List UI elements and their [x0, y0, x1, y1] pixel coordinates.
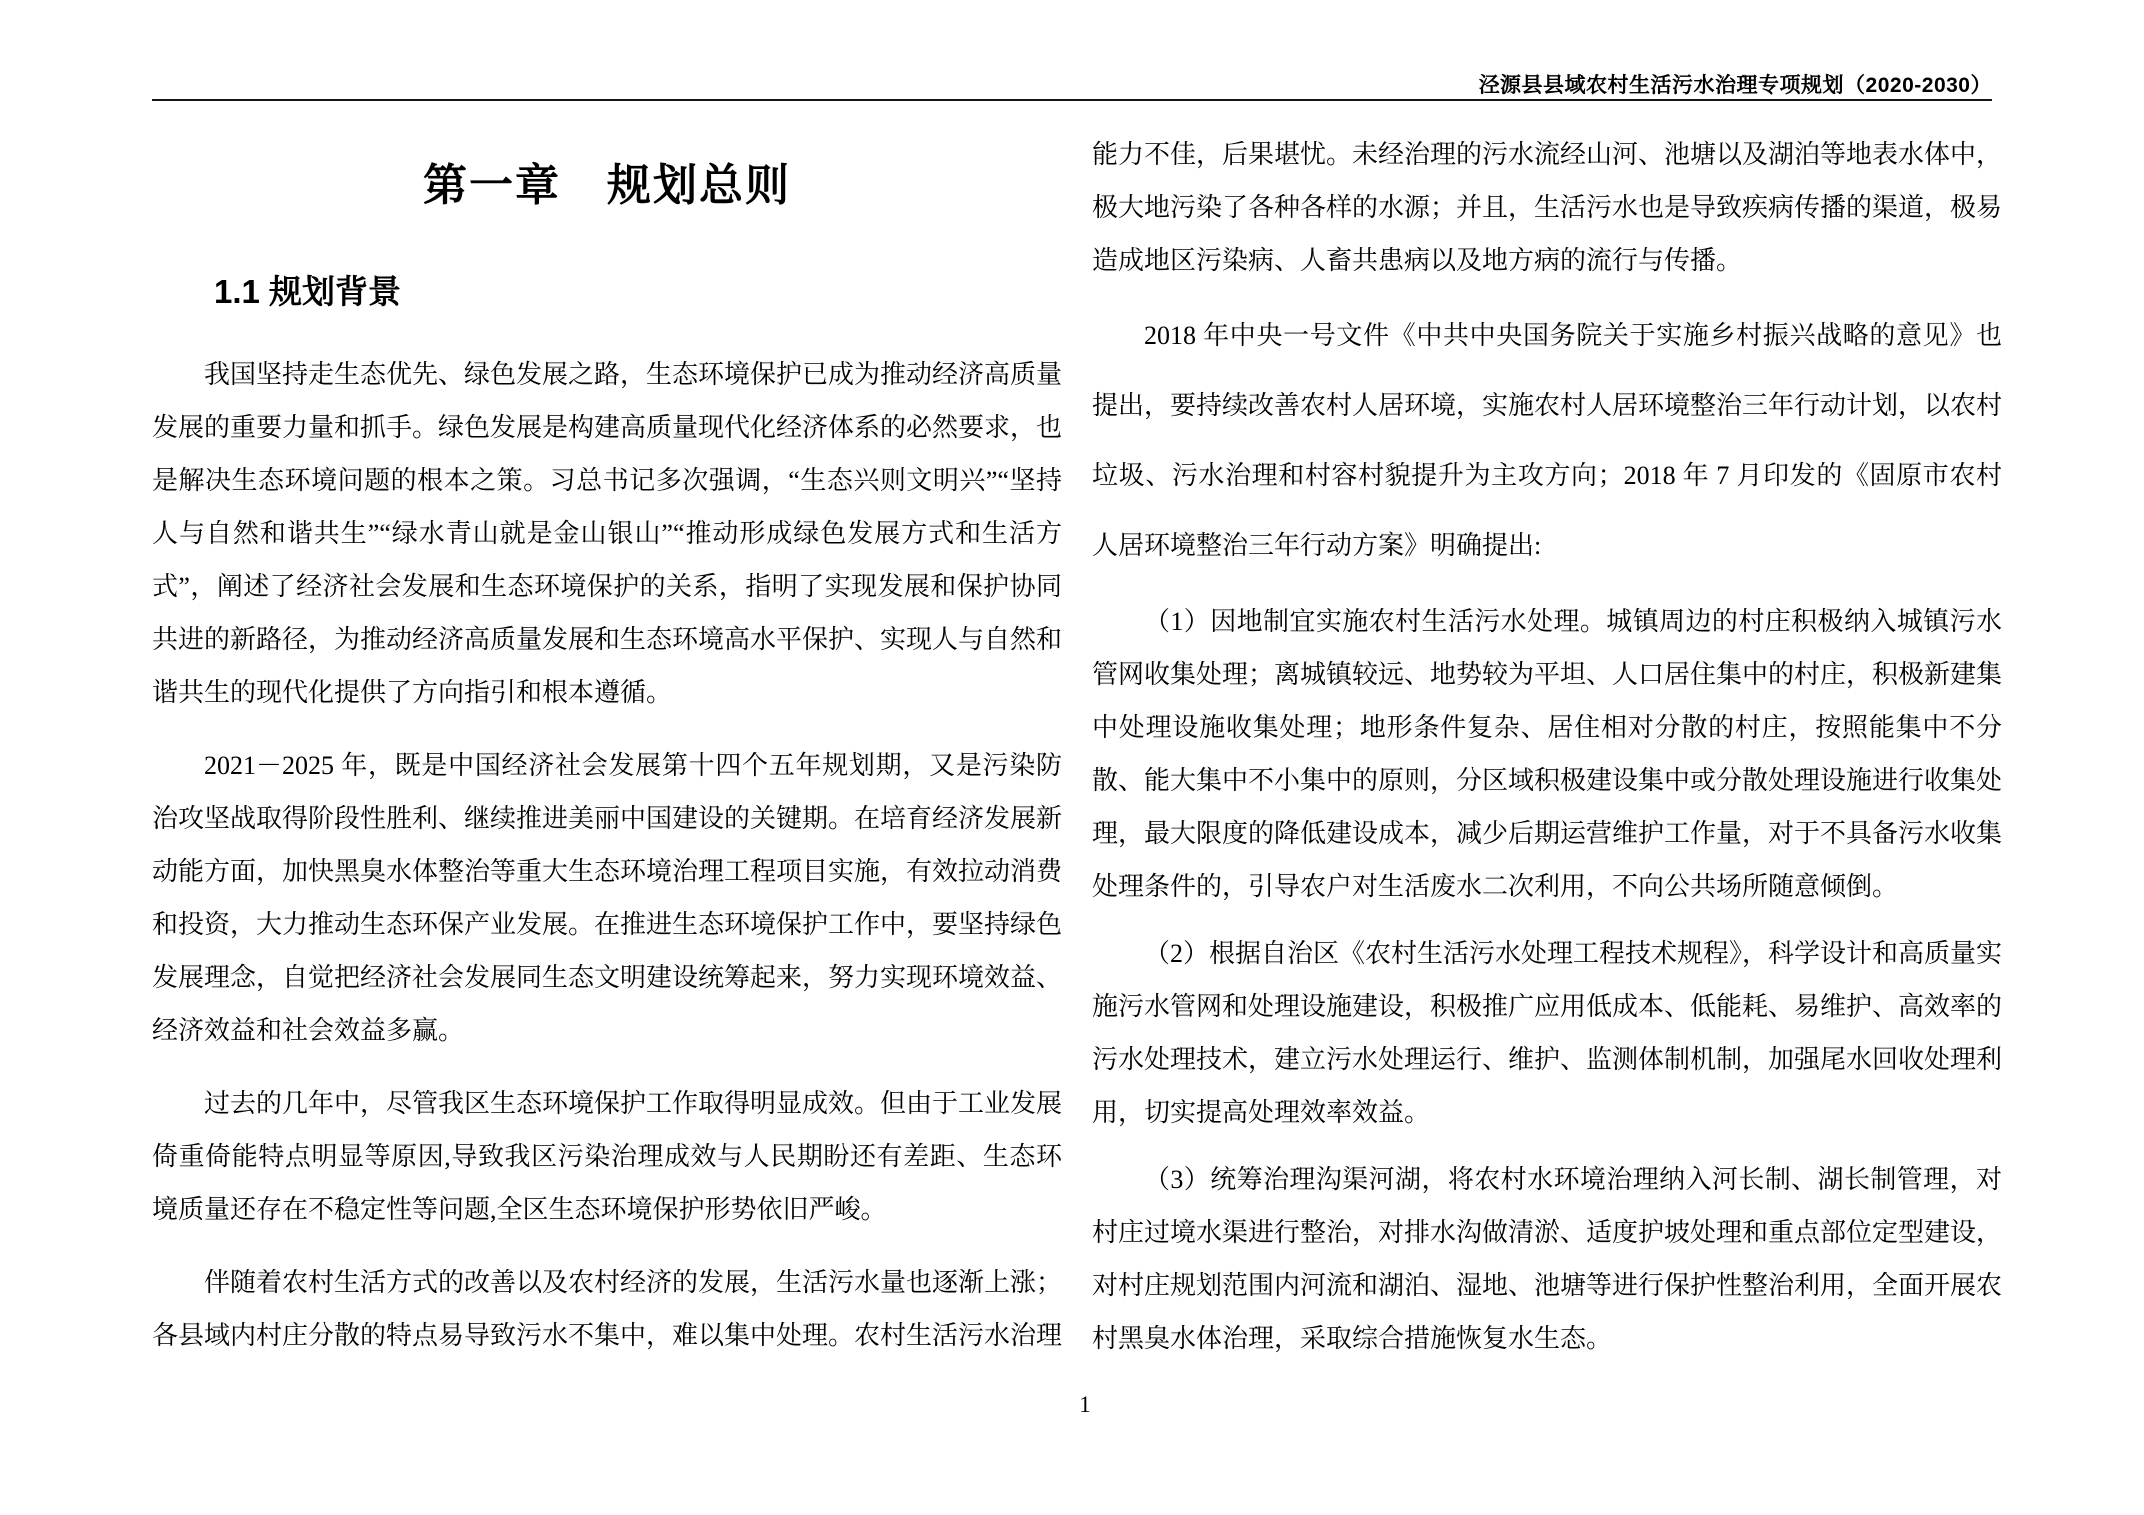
- paragraph: （1）因地制宜实施农村生活污水处理。城镇周边的村庄积极纳入城镇污水管网收集处理；…: [1092, 595, 2002, 913]
- paragraph: 过去的几年中，尽管我区生态环境保护工作取得明显成效。但由于工业发展倚重倚能特点明…: [152, 1077, 1062, 1236]
- chapter-title: 第一章 规划总则: [152, 155, 1062, 217]
- left-column: 第一章 规划总则 1.1 规划背景 我国坚持走生态优先、绿色发展之路，生态环境保…: [152, 155, 1062, 1362]
- page-number: 1: [0, 1392, 2144, 1418]
- paragraph: 能力不佳，后果堪忧。未经治理的污水流经山河、池塘以及湖泊等地表水体中，极大地污染…: [1092, 128, 2002, 287]
- paragraph: （3）统筹治理沟渠河湖，将农村水环境治理纳入河长制、湖长制管理，对村庄过境水渠进…: [1092, 1153, 2002, 1365]
- paragraph: （2）根据自治区《农村生活污水处理工程技术规程》，科学设计和高质量实施污水管网和…: [1092, 927, 2002, 1139]
- right-column: 能力不佳，后果堪忧。未经治理的污水流经山河、池塘以及湖泊等地表水体中，极大地污染…: [1092, 128, 2002, 1365]
- paragraph: 我国坚持走生态优先、绿色发展之路，生态环境保护已成为推动经济高质量发展的重要力量…: [152, 348, 1062, 719]
- header-rule: [152, 99, 1992, 101]
- paragraph: 2021－2025 年，既是中国经济社会发展第十四个五年规划期，又是污染防治攻坚…: [152, 739, 1062, 1057]
- page-header-title: 泾源县县域农村生活污水治理专项规划（2020-2030）: [1479, 69, 1992, 99]
- document-page: 泾源县县域农村生活污水治理专项规划（2020-2030） 第一章 规划总则 1.…: [0, 0, 2144, 1515]
- section-heading: 1.1 规划背景: [214, 272, 1062, 312]
- paragraph: 2018 年中央一号文件《中共中央国务院关于实施乡村振兴战略的意见》也提出，要持…: [1092, 301, 2002, 581]
- paragraph: 伴随着农村生活方式的改善以及农村经济的发展，生活污水量也逐渐上涨；各县域内村庄分…: [152, 1256, 1062, 1362]
